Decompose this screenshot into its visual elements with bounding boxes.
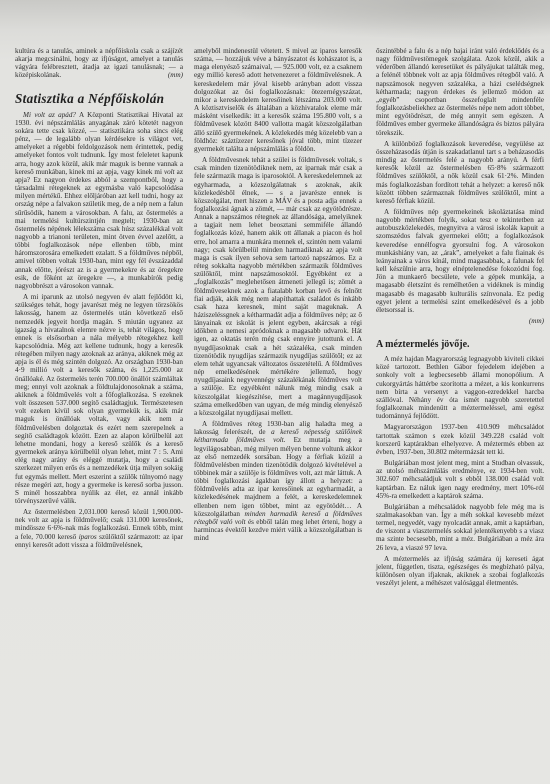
author-signature: (mm): [168, 71, 183, 79]
paragraph: A földműves nép gyermekeinek iskoláztatá…: [376, 208, 544, 314]
column-1: kultúra és a tanulás, aminek a népfőisko…: [15, 47, 183, 552]
author-signature: (mm): [376, 317, 544, 325]
paragraph: Bulgáriában a méhcsaládok nagyobb fele m…: [376, 503, 544, 552]
column-2: amelyből mindenestül vétetett. S mivel a…: [194, 47, 362, 545]
paragraph: Magyarországon 1937-ben 410.909 méhcsalá…: [376, 423, 544, 456]
paragraph: A különböző foglalkozások keveredése, ve…: [376, 140, 544, 205]
document-page: kultúra és a tanulás, aminek a népfőisko…: [0, 0, 550, 784]
paragraph: A földműves réteg 1930-ban alig haladta …: [194, 420, 362, 542]
paragraph: amelyből mindenestül vétetett. S mivel a…: [194, 47, 362, 153]
paragraph: Bulgáriában most jelent meg, mint a Stud…: [376, 459, 544, 500]
paragraph: A mi iparunk az utolsó negyven év alatt …: [15, 293, 183, 505]
paragraph: A méz hajdan Magyarország legnagyobb kiv…: [376, 355, 544, 420]
paragraph: Az őstermelésben 2,031.000 kereső közül …: [15, 508, 183, 549]
paragraph: kultúra és a tanulás, aminek a népfőisko…: [15, 47, 183, 80]
paragraph: őszintébbé a falu és a nép bajai iránt v…: [376, 47, 544, 137]
paragraph: Mi volt az apád? A Központi Statisztikai…: [15, 111, 183, 290]
page-shadow: [220, 0, 550, 40]
paragraph: A földművesnek tehát a szülei is földműv…: [194, 156, 362, 417]
column-3: őszintébbé a falu és a nép bajai iránt v…: [376, 47, 544, 590]
paragraph: A méztermelés az ifjúság számára új kere…: [376, 555, 544, 588]
lead-question: Mi volt az apád?: [23, 111, 76, 119]
article-title-meztermeles: A méztermelés jövője.: [376, 339, 544, 350]
article-title-statisztika: Statisztika a Népfőiskolán: [15, 92, 183, 106]
